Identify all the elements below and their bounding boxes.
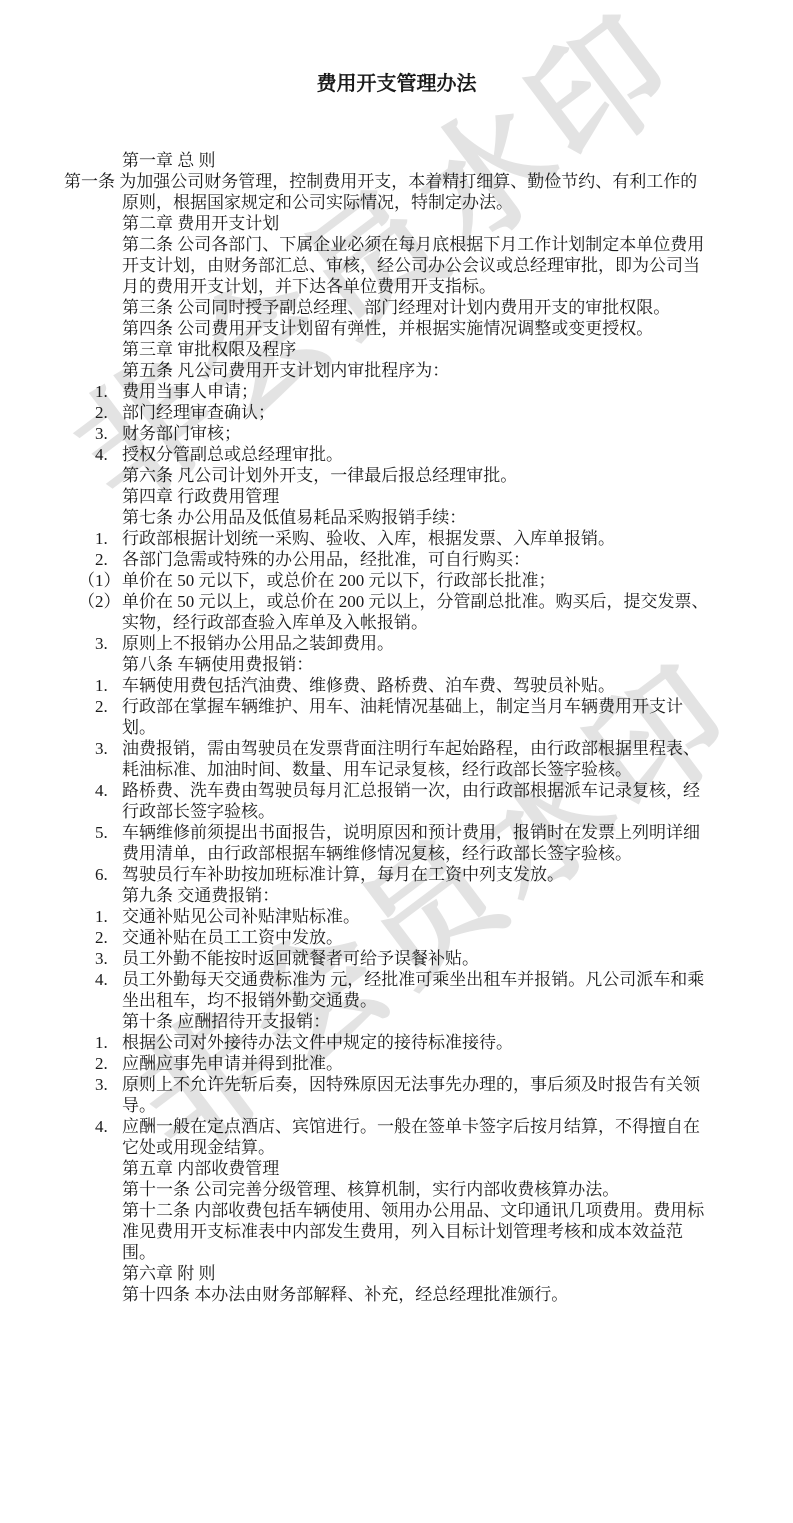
list-item: 1.车辆使用费包括汽油费、维修费、路桥费、泊车费、驾驶员补贴。: [122, 675, 710, 696]
document-body: 第一章 总 则第一条 为加强公司财务管理，控制费用开支，本着精打细算、勤俭节约、…: [122, 150, 710, 1305]
sub-list-item: （2）单价在 50 元以上，或总价在 200 元以上，分管副总批准。购买后，提交…: [122, 591, 710, 633]
list-item: 1.行政部根据计划统一采购、验收、入库，根据发票、入库单报销。: [122, 528, 710, 549]
article-paragraph: 第十一条 公司完善分级管理、核算机制，实行内部收费核算办法。: [122, 1179, 710, 1200]
chapter-heading: 第六章 附 则: [122, 1263, 710, 1284]
list-item: 3.财务部门审核；: [122, 423, 710, 444]
chapter-heading: 第五章 内部收费管理: [122, 1158, 710, 1179]
item-label: 2.: [95, 1053, 122, 1074]
item-label: 2.: [95, 549, 122, 570]
article-paragraph: 第二条 公司各部门、下属企业必须在每月底根据下月工作计划制定本单位费用开支计划，…: [122, 234, 710, 297]
article-paragraph: 第十条 应酬招待开支报销：: [122, 1011, 710, 1032]
item-label: 1.: [95, 906, 122, 927]
item-label: 2.: [95, 696, 122, 717]
item-label: 4.: [95, 444, 122, 465]
list-item: 2.应酬应事先申请并得到批准。: [122, 1053, 710, 1074]
list-item: 2.行政部在掌握车辆维护、用车、油耗情况基础上，制定当月车辆费用开支计划。: [122, 696, 710, 738]
article-paragraph: 第八条 车辆使用费报销：: [122, 654, 710, 675]
item-label: 4.: [95, 1116, 122, 1137]
article-paragraph: 第七条 办公用品及低值易耗品采购报销手续：: [122, 507, 710, 528]
item-label: 1.: [95, 1032, 122, 1053]
article-paragraph: 第五条 凡公司费用开支计划内审批程序为：: [122, 360, 710, 381]
list-item: 4.授权分管副总或总经理审批。: [122, 444, 710, 465]
list-item: 4.应酬一般在定点酒店、宾馆进行。一般在签单卡签字后按月结算，不得擅自在它处或用…: [122, 1116, 710, 1158]
list-item: 1.根据公司对外接待办法文件中规定的接待标准接待。: [122, 1032, 710, 1053]
item-label: 4.: [95, 780, 122, 801]
item-label: 1.: [95, 381, 122, 402]
list-item: 4.员工外勤每天交通费标准为 元，经批准可乘坐出租车并报销。凡公司派车和乘坐出租…: [122, 969, 710, 1011]
page-title: 费用开支管理办法: [0, 70, 793, 98]
article-paragraph: 第九条 交通费报销：: [122, 885, 710, 906]
list-item: 2.各部门急需或特殊的办公用品，经批准，可自行购买：: [122, 549, 710, 570]
item-label: 2.: [95, 927, 122, 948]
chapter-heading: 第一章 总 则: [122, 150, 710, 171]
list-item: 1.交通补贴见公司补贴津贴标准。: [122, 906, 710, 927]
item-label: 2.: [95, 402, 122, 423]
list-item: 3.员工外勤不能按时返回就餐者可给予误餐补贴。: [122, 948, 710, 969]
item-label: 1.: [95, 675, 122, 696]
item-label: 3.: [95, 633, 122, 654]
article-paragraph: 第十二条 内部收费包括车辆使用、领用办公用品、文印通讯几项费用。费用标准见费用开…: [122, 1200, 710, 1263]
list-item: 2.交通补贴在员工工资中发放。: [122, 927, 710, 948]
document-page: 非会员水印 非会员水印 费用开支管理办法 第一章 总 则第一条 为加强公司财务管…: [0, 0, 793, 1523]
article-paragraph: 第六条 凡公司计划外开支，一律最后报总经理审批。: [122, 465, 710, 486]
item-label: 5.: [95, 822, 122, 843]
item-label: 3.: [95, 738, 122, 759]
item-label: 1.: [95, 528, 122, 549]
chapter-heading: 第四章 行政费用管理: [122, 486, 710, 507]
list-item: 3.原则上不报销办公用品之装卸费用。: [122, 633, 710, 654]
list-item: 1.费用当事人申请；: [122, 381, 710, 402]
list-item: 6.驾驶员行车补助按加班标准计算，每月在工资中列支发放。: [122, 864, 710, 885]
list-item: 3.油费报销，需由驾驶员在发票背面注明行车起始路程，由行政部根据里程表、耗油标准…: [122, 738, 710, 780]
item-label: 6.: [95, 864, 122, 885]
article-paragraph: 第四条 公司费用开支计划留有弹性，并根据实施情况调整或变更授权。: [122, 318, 710, 339]
item-label: 3.: [95, 1074, 122, 1095]
list-item: 3.原则上不允许先斩后奏，因特殊原因无法事先办理的，事后须及时报告有关领导。: [122, 1074, 710, 1116]
item-label: （1）: [78, 570, 122, 591]
article-paragraph: 第一条 为加强公司财务管理，控制费用开支，本着精打细算、勤俭节约、有利工作的原则…: [122, 171, 710, 213]
item-label: 4.: [95, 969, 122, 990]
list-item: 5.车辆维修前须提出书面报告，说明原因和预计费用，报销时在发票上列明详细费用清单…: [122, 822, 710, 864]
article-paragraph: 第三条 公司同时授予副总经理、部门经理对计划内费用开支的审批权限。: [122, 297, 710, 318]
sub-list-item: （1）单价在 50 元以下，或总价在 200 元以下，行政部长批准；: [122, 570, 710, 591]
list-item: 2.部门经理审查确认；: [122, 402, 710, 423]
chapter-heading: 第二章 费用开支计划: [122, 213, 710, 234]
item-label: 3.: [95, 423, 122, 444]
item-label: 3.: [95, 948, 122, 969]
item-label: （2）: [78, 591, 122, 612]
chapter-heading: 第三章 审批权限及程序: [122, 339, 710, 360]
article-paragraph: 第十四条 本办法由财务部解释、补充，经总经理批准颁行。: [122, 1284, 710, 1305]
list-item: 4.路桥费、洗车费由驾驶员每月汇总报销一次，由行政部根据派车记录复核，经行政部长…: [122, 780, 710, 822]
